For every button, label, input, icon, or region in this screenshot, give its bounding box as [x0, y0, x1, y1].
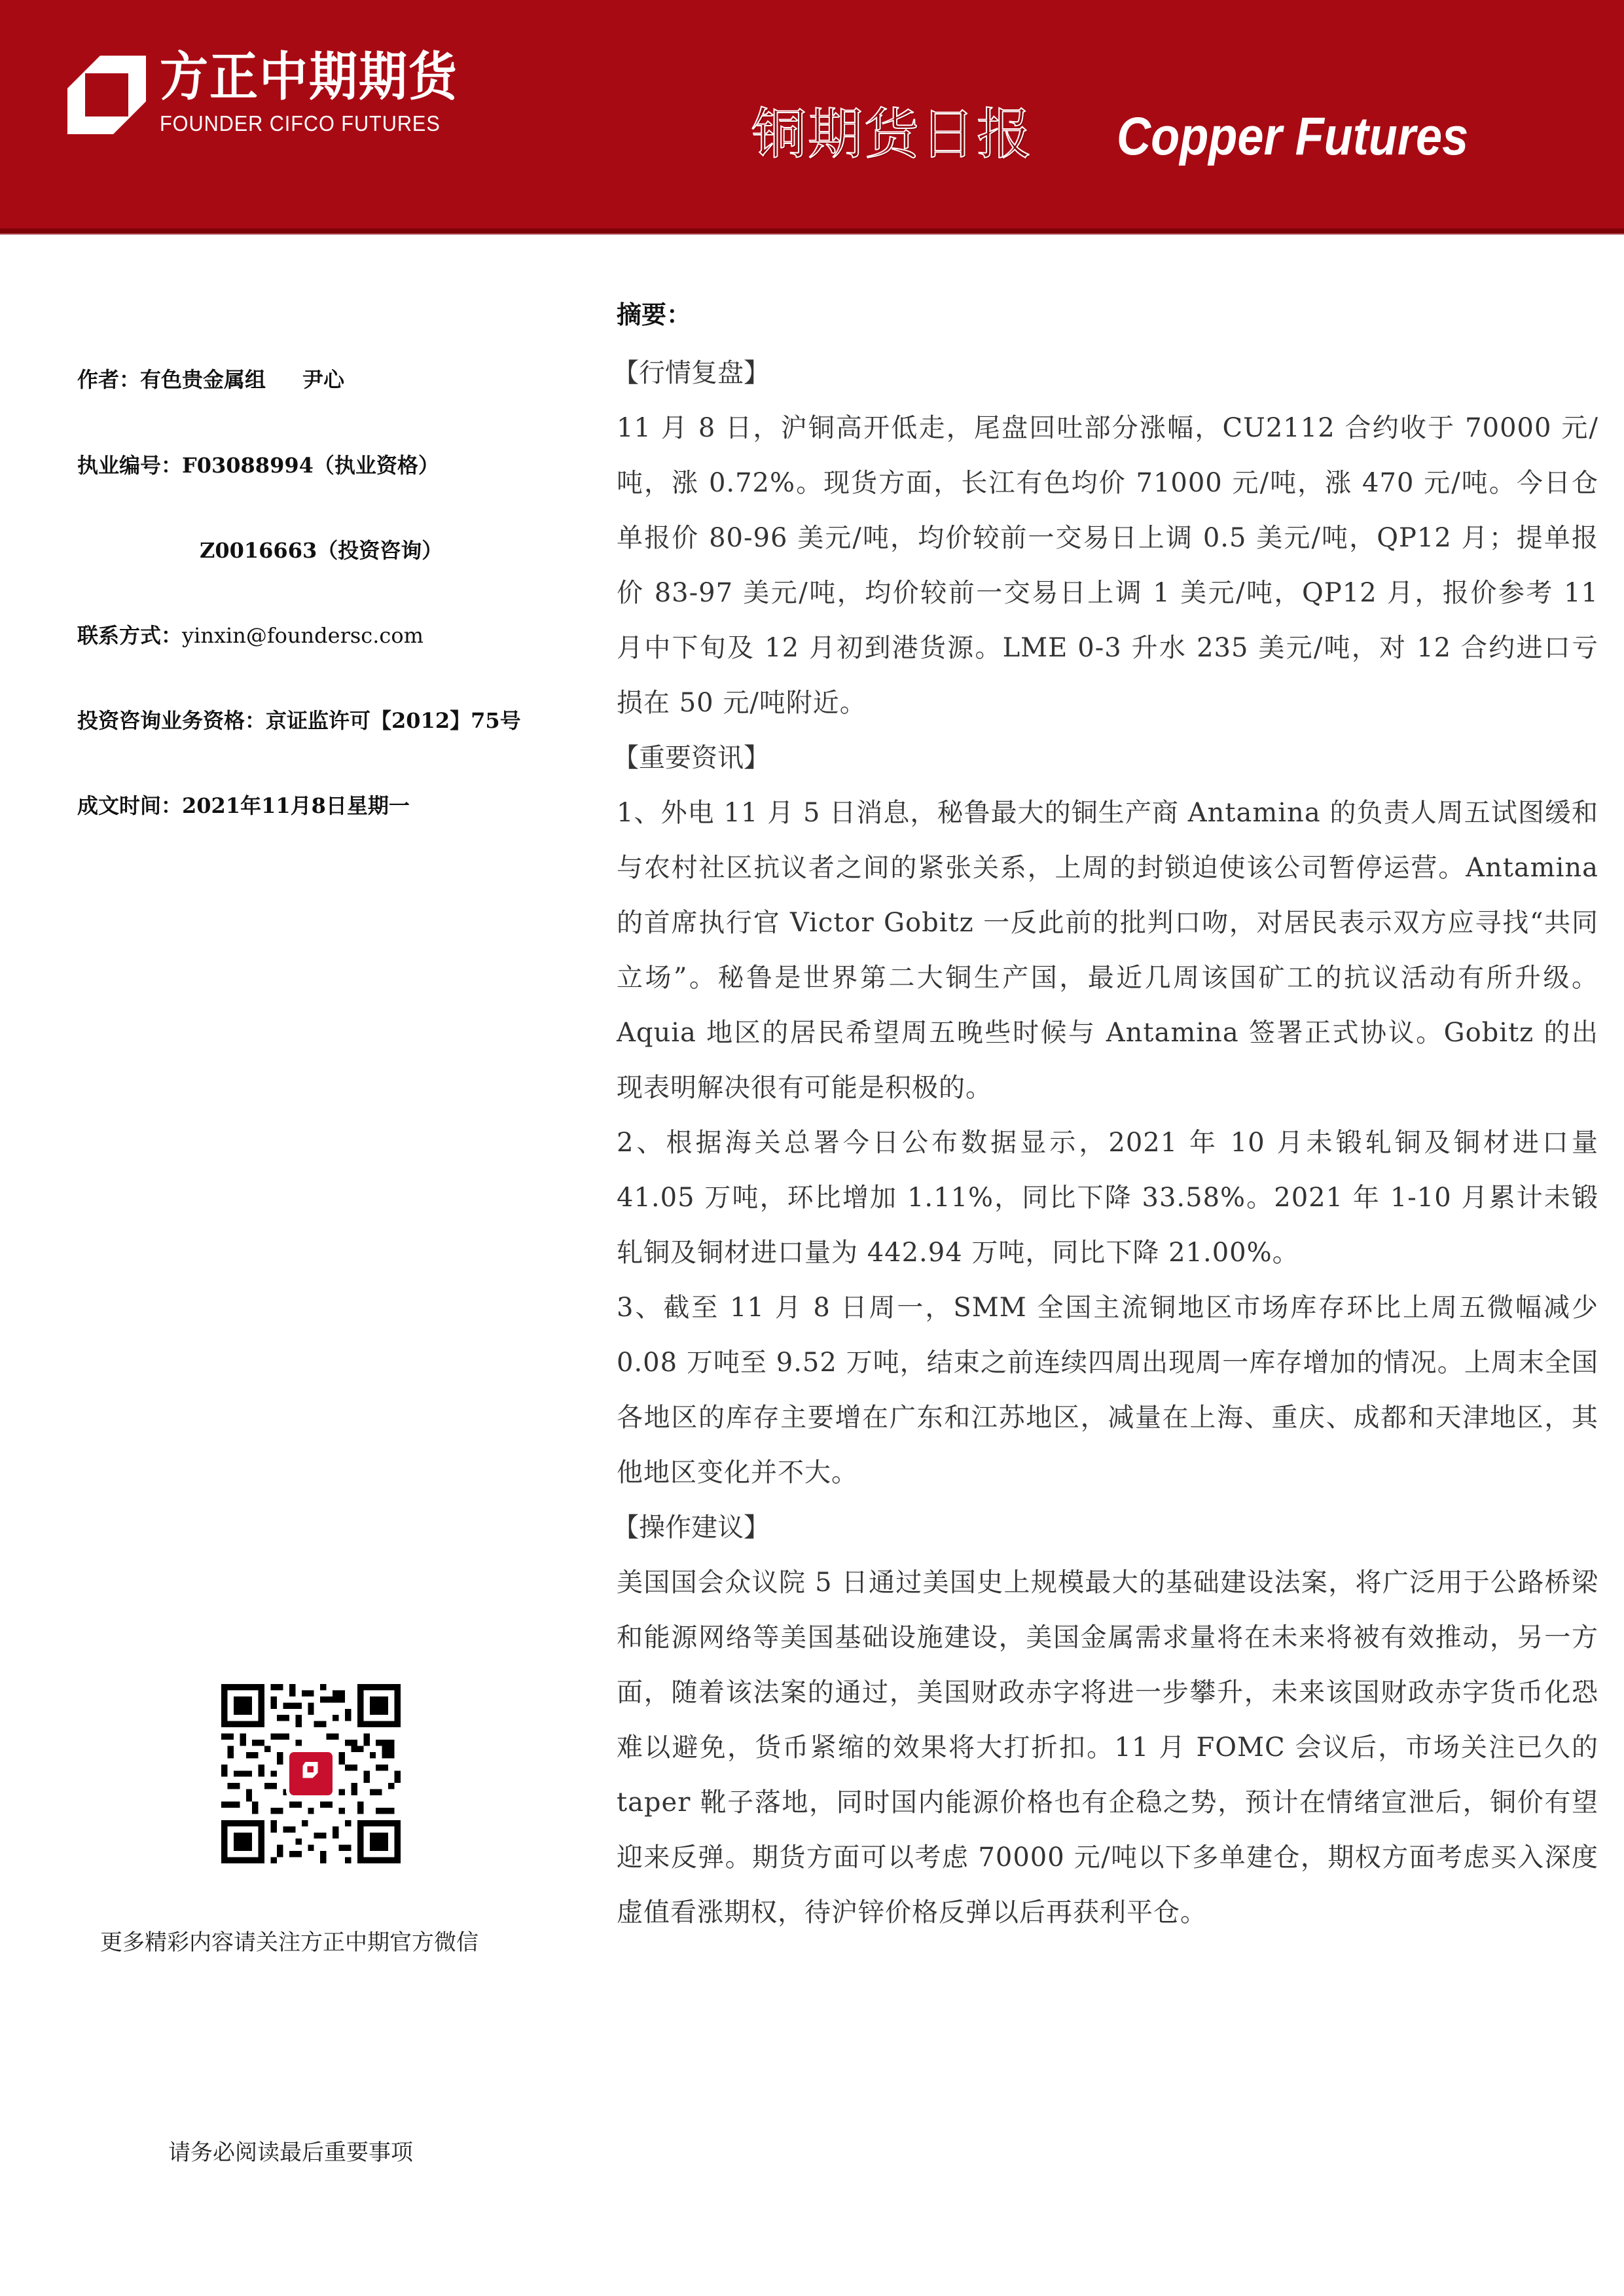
date-label: 成文时间：	[77, 793, 182, 818]
license-number-1: F03088994（执业资格）	[182, 453, 439, 478]
section-heading-market-review: 【行情复盘】	[613, 346, 1598, 401]
qualification-row: 投资咨询业务资格：京证监许可【2012】75号	[77, 710, 521, 731]
paragraph-news-1: 1、外电 11 月 5 日消息，秘鲁最大的铜生产商 Antamina 的负责人周…	[617, 785, 1598, 1115]
report-title-cn: 铜期货日报	[751, 107, 1033, 162]
author-group: 有色贵金属组	[140, 367, 266, 392]
brand-name-cn: 方正中期期货	[160, 51, 458, 103]
contact-email[interactable]: yinxin@foundersc.com	[182, 623, 424, 648]
author-name: 尹心	[302, 367, 344, 392]
abstract-column: 摘要： 【行情复盘】 11 月 8 日，沪铜高开低走，尾盘回吐部分涨幅，CU21…	[617, 302, 1598, 1940]
paragraph-news-2: 2、根据海关总署今日公布数据显示，2021 年 10 月未锻轧铜及铜材进口量 4…	[617, 1115, 1598, 1280]
paragraph-trading-advice: 美国国会众议院 5 日通过美国史上规模最大的基础建设法案，将广泛用于公路桥梁和能…	[617, 1555, 1598, 1940]
qr-caption: 更多精彩内容请关注方正中期官方微信	[100, 1931, 478, 1954]
founder-logo-icon	[67, 56, 146, 134]
date-row: 成文时间：2021年11月8日星期一	[77, 795, 410, 816]
report-title-en: Copper Futures	[1117, 110, 1468, 164]
qualification-value: 京证监许可【2012】75号	[266, 708, 521, 733]
report-header-band: 方正中期期货 FOUNDER CIFCO FUTURES 铜期货日报 Coppe…	[0, 0, 1624, 228]
license-row-2: Z0016663（投资咨询）	[200, 540, 442, 561]
date-value: 2021年11月8日星期一	[182, 793, 410, 818]
author-label: 作者：	[77, 367, 140, 392]
contact-row: 联系方式：yinxin@foundersc.com	[77, 625, 424, 646]
wechat-qr-code-icon[interactable]	[221, 1684, 401, 1863]
license-number-2: Z0016663（投资咨询）	[200, 538, 442, 563]
section-heading-key-news: 【重要资讯】	[613, 730, 1598, 785]
header-bottom-strip	[0, 228, 1624, 234]
author-row: 作者：有色贵金属组尹心	[77, 369, 344, 390]
contact-label: 联系方式：	[77, 623, 182, 648]
header-divider-line	[0, 234, 1624, 235]
qualification-label: 投资咨询业务资格：	[77, 708, 266, 733]
paragraph-market-review: 11 月 8 日，沪铜高开低走，尾盘回吐部分涨幅，CU2112 合约收于 700…	[617, 401, 1598, 730]
section-heading-trading-advice: 【操作建议】	[613, 1500, 1598, 1555]
disclaimer-note: 请务必阅读最后重要事项	[168, 2142, 413, 2164]
license-row: 执业编号：F03088994（执业资格）	[77, 455, 439, 476]
brand-name-en: FOUNDER CIFCO FUTURES	[160, 113, 441, 134]
paragraph-news-3: 3、截至 11 月 8 日周一，SMM 全国主流铜地区市场库存环比上周五微幅减少…	[617, 1280, 1598, 1500]
license-label: 执业编号：	[77, 453, 182, 478]
